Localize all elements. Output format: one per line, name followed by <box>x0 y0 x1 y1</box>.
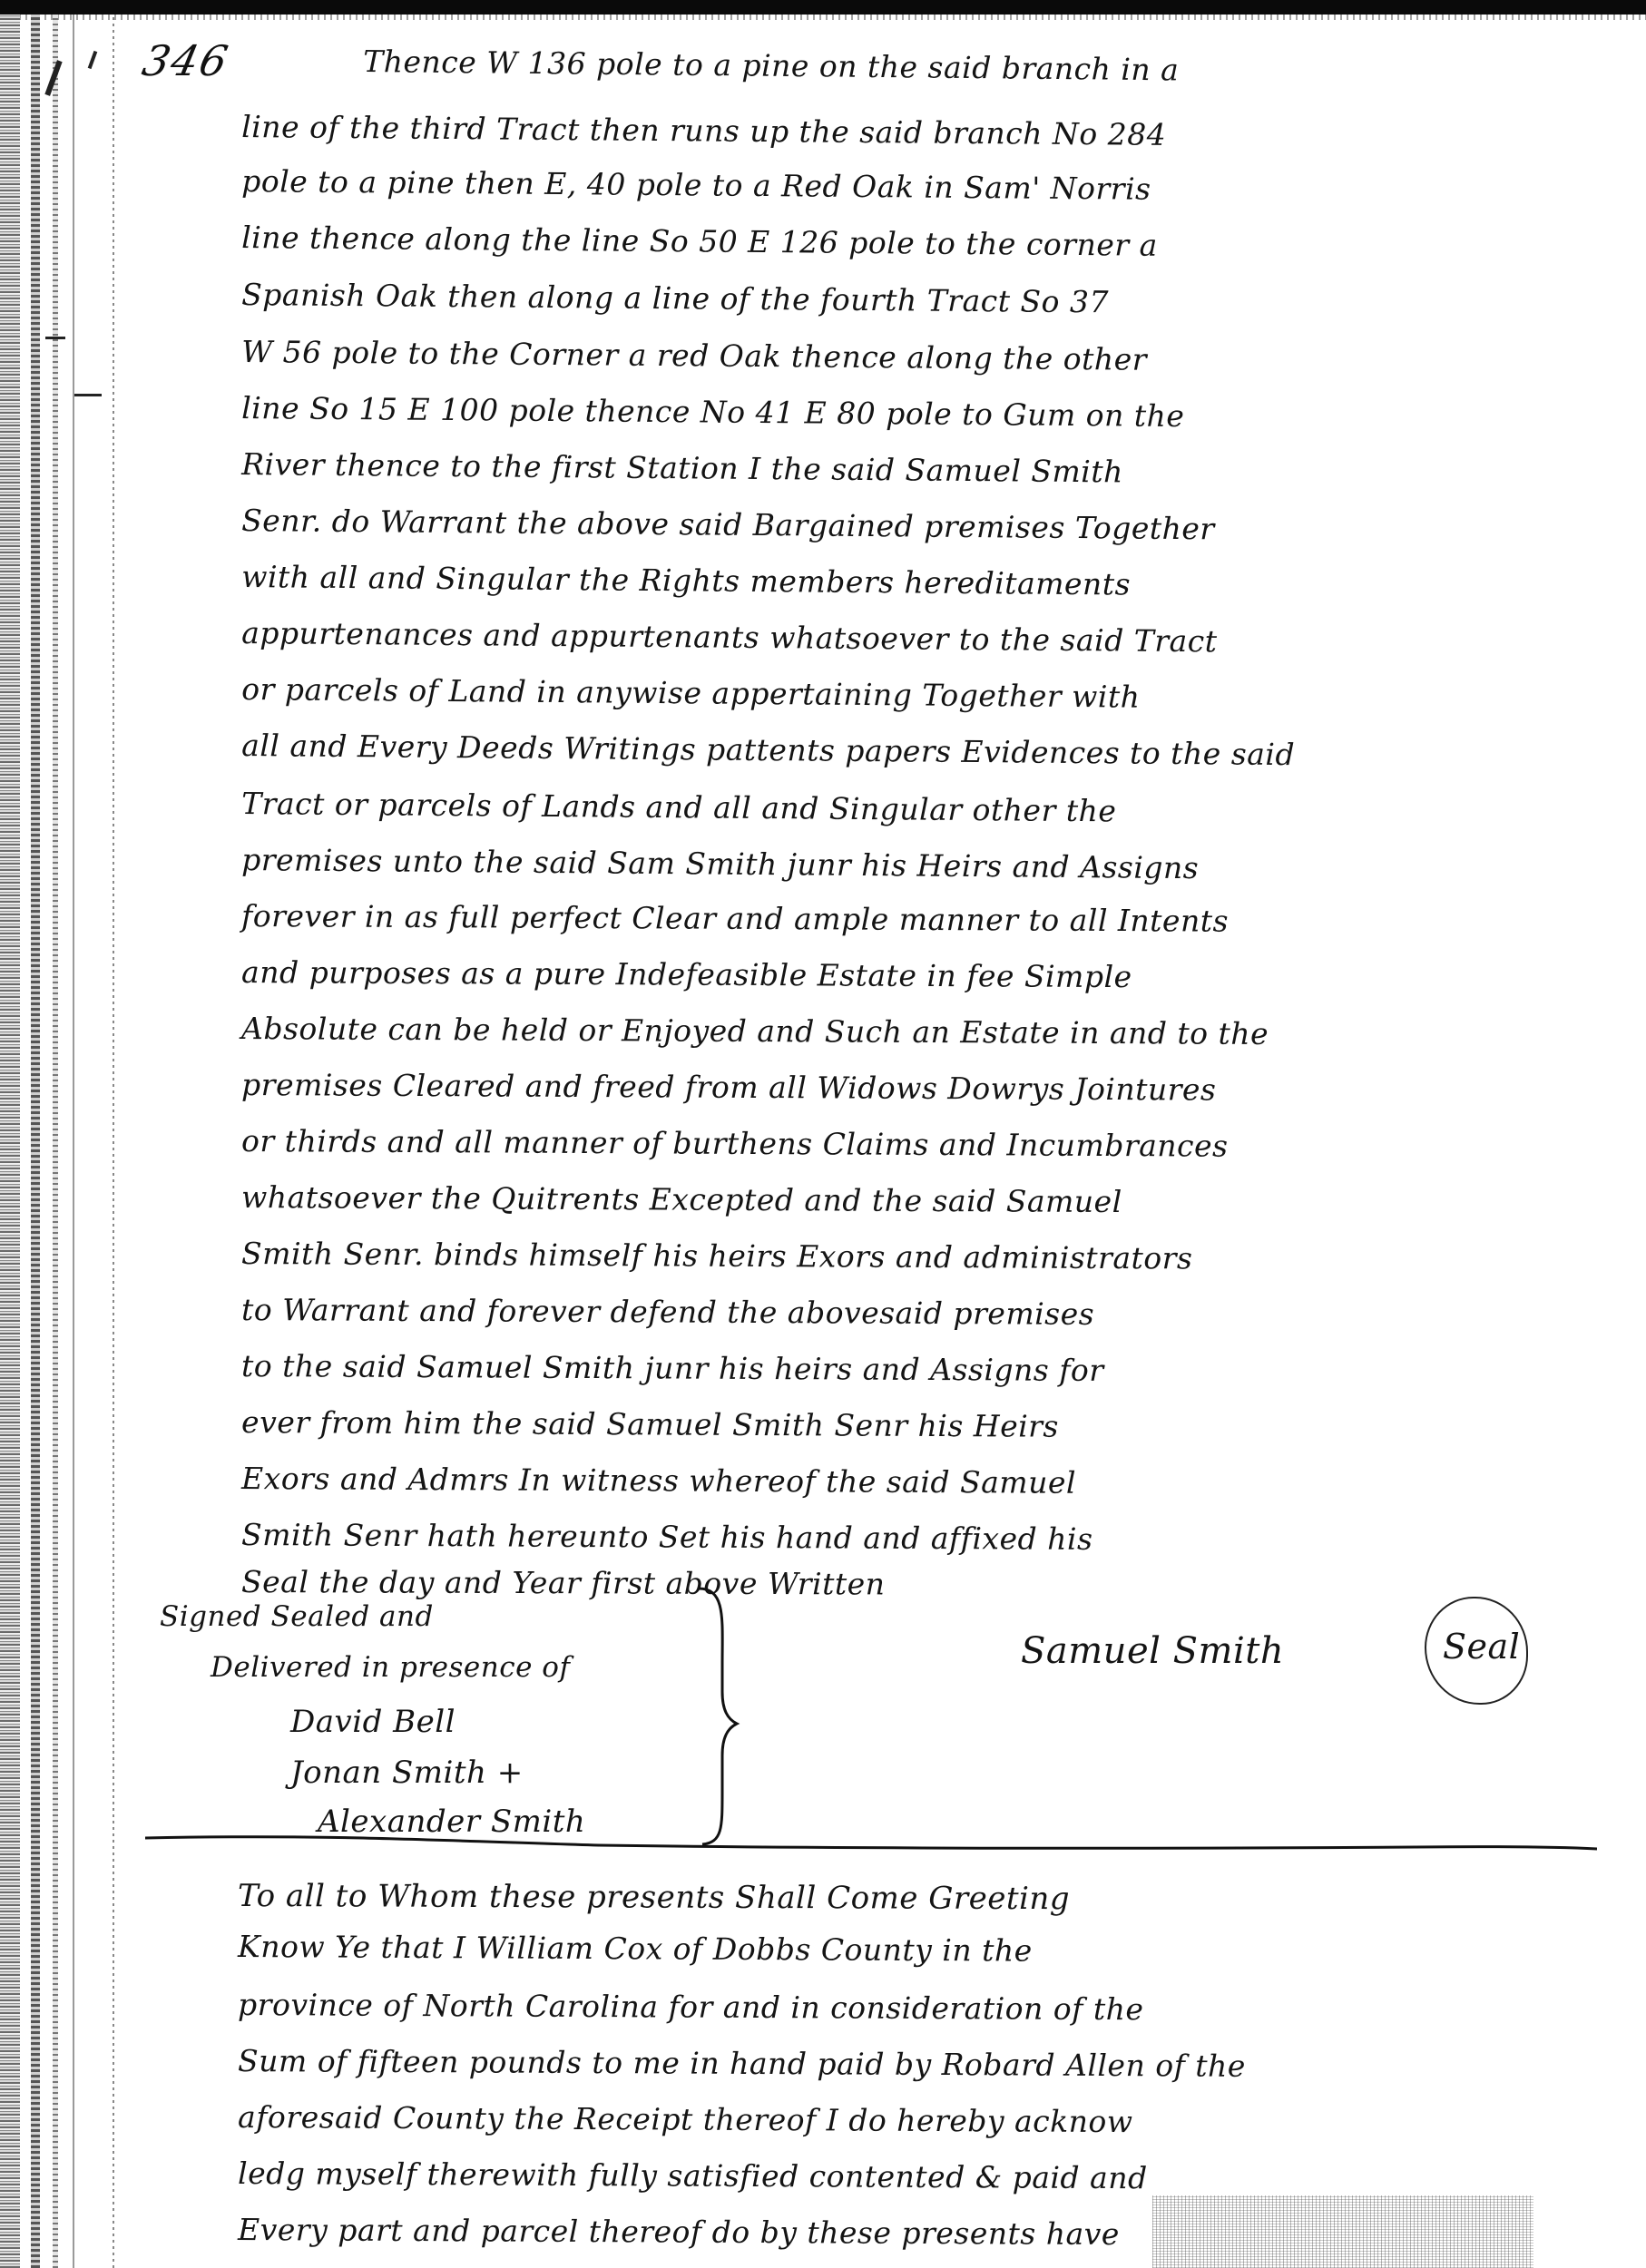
binding-stripe <box>53 15 58 2268</box>
scan-noise-smudge <box>1152 2195 1533 2268</box>
deed-line: province of North Carolina for and in co… <box>238 1987 1144 2028</box>
deed-line: pole to a pine then E, 40 pole to a Red … <box>241 163 1151 208</box>
scan-top-border <box>0 0 1646 15</box>
curly-brace-icon <box>690 1583 744 1846</box>
deed-line: Every part and parcel thereof do by thes… <box>238 2212 1120 2253</box>
deed-line: premises Cleared and freed from all Wido… <box>241 1067 1217 1109</box>
deed-line: Smith Senr hath hereunto Set his hand an… <box>241 1517 1093 1558</box>
section-divider-line <box>145 1833 1597 1853</box>
deed-line: Thence W 136 pole to a pine on the said … <box>363 44 1180 88</box>
deed-line: forever in as full perfect Clear and amp… <box>241 898 1229 940</box>
binding-stripe <box>31 15 40 2268</box>
binding-stripe <box>113 15 114 2268</box>
deed-line: line thence along the line So 50 E 126 p… <box>241 220 1158 264</box>
deed-line: To all to Whom these presents Shall Come… <box>238 1878 1070 1917</box>
deed-line: line of the third Tract then runs up the… <box>241 109 1166 153</box>
deed-line: ever from him the said Samuel Smith Senr… <box>241 1404 1059 1445</box>
book-binding-margin <box>0 15 127 2268</box>
deed-line: or thirds and all manner of burthens Cla… <box>241 1123 1229 1165</box>
deed-line: whatsoever the Quitrents Excepted and th… <box>241 1179 1122 1220</box>
deed-line: with all and Singular the Rights members… <box>241 559 1131 603</box>
deed-line: Tract or parcels of Lands and all and Si… <box>241 786 1117 829</box>
deed-line: Smith Senr. binds himself his heirs Exor… <box>241 1236 1192 1276</box>
witness-label-signed-sealed: Signed Sealed and <box>160 1598 434 1635</box>
seal-label: Seal <box>1443 1628 1520 1665</box>
signature-name: Samuel Smith <box>1021 1633 1284 1669</box>
deed-line: Know Ye that I William Cox of Dobbs Coun… <box>238 1929 1033 1970</box>
deed-line: premises unto the said Sam Smith junr hi… <box>241 842 1199 886</box>
deed-line: to Warrant and forever defend the aboves… <box>241 1292 1094 1333</box>
margin-ink-mark <box>88 51 98 69</box>
deed-line: Seal the day and Year first above Writte… <box>241 1564 886 1602</box>
deed-line: Sum of fifteen pounds to me in hand paid… <box>238 2043 1246 2085</box>
deed-line: Exors and Admrs In witness whereof the s… <box>241 1461 1076 1501</box>
margin-ink-mark <box>45 337 65 339</box>
witness-label-delivered: Delivered in presence of <box>211 1649 570 1686</box>
deed-line: Spanish Oak then along a line of the fou… <box>241 277 1109 320</box>
scan-top-shadow <box>0 15 1646 20</box>
deed-line: appurtenances and appurtenants whatsoeve… <box>241 615 1218 660</box>
witness-name: David Bell <box>290 1704 456 1740</box>
deed-line: W 56 pole to the Corner a red Oak thence… <box>241 334 1147 378</box>
margin-ink-mark <box>74 394 102 396</box>
deed-line: Absolute can be held or Enjoyed and Such… <box>241 1011 1269 1052</box>
page-number: 346 <box>138 36 233 85</box>
deed-line: aforesaid County the Receipt thereof I d… <box>238 2099 1133 2140</box>
deed-line: all and Every Deeds Writings pattents pa… <box>241 728 1295 773</box>
binding-stripe <box>0 15 20 2268</box>
deed-line: line So 15 E 100 pole thence No 41 E 80 … <box>241 390 1185 435</box>
binding-stripe <box>73 15 74 2268</box>
deed-line: ledg myself therewith fully satisfied co… <box>238 2156 1148 2196</box>
deed-line: River thence to the first Station I the … <box>241 446 1123 490</box>
deed-line: Senr. do Warrant the above said Bargaine… <box>241 503 1215 547</box>
deed-line: or parcels of Land in anywise appertaini… <box>241 671 1141 716</box>
witness-name: Jonan Smith + <box>290 1755 524 1791</box>
deed-line: to the said Samuel Smith junr his heirs … <box>241 1348 1104 1389</box>
deed-line: and purposes as a pure Indefeasible Esta… <box>241 954 1132 995</box>
